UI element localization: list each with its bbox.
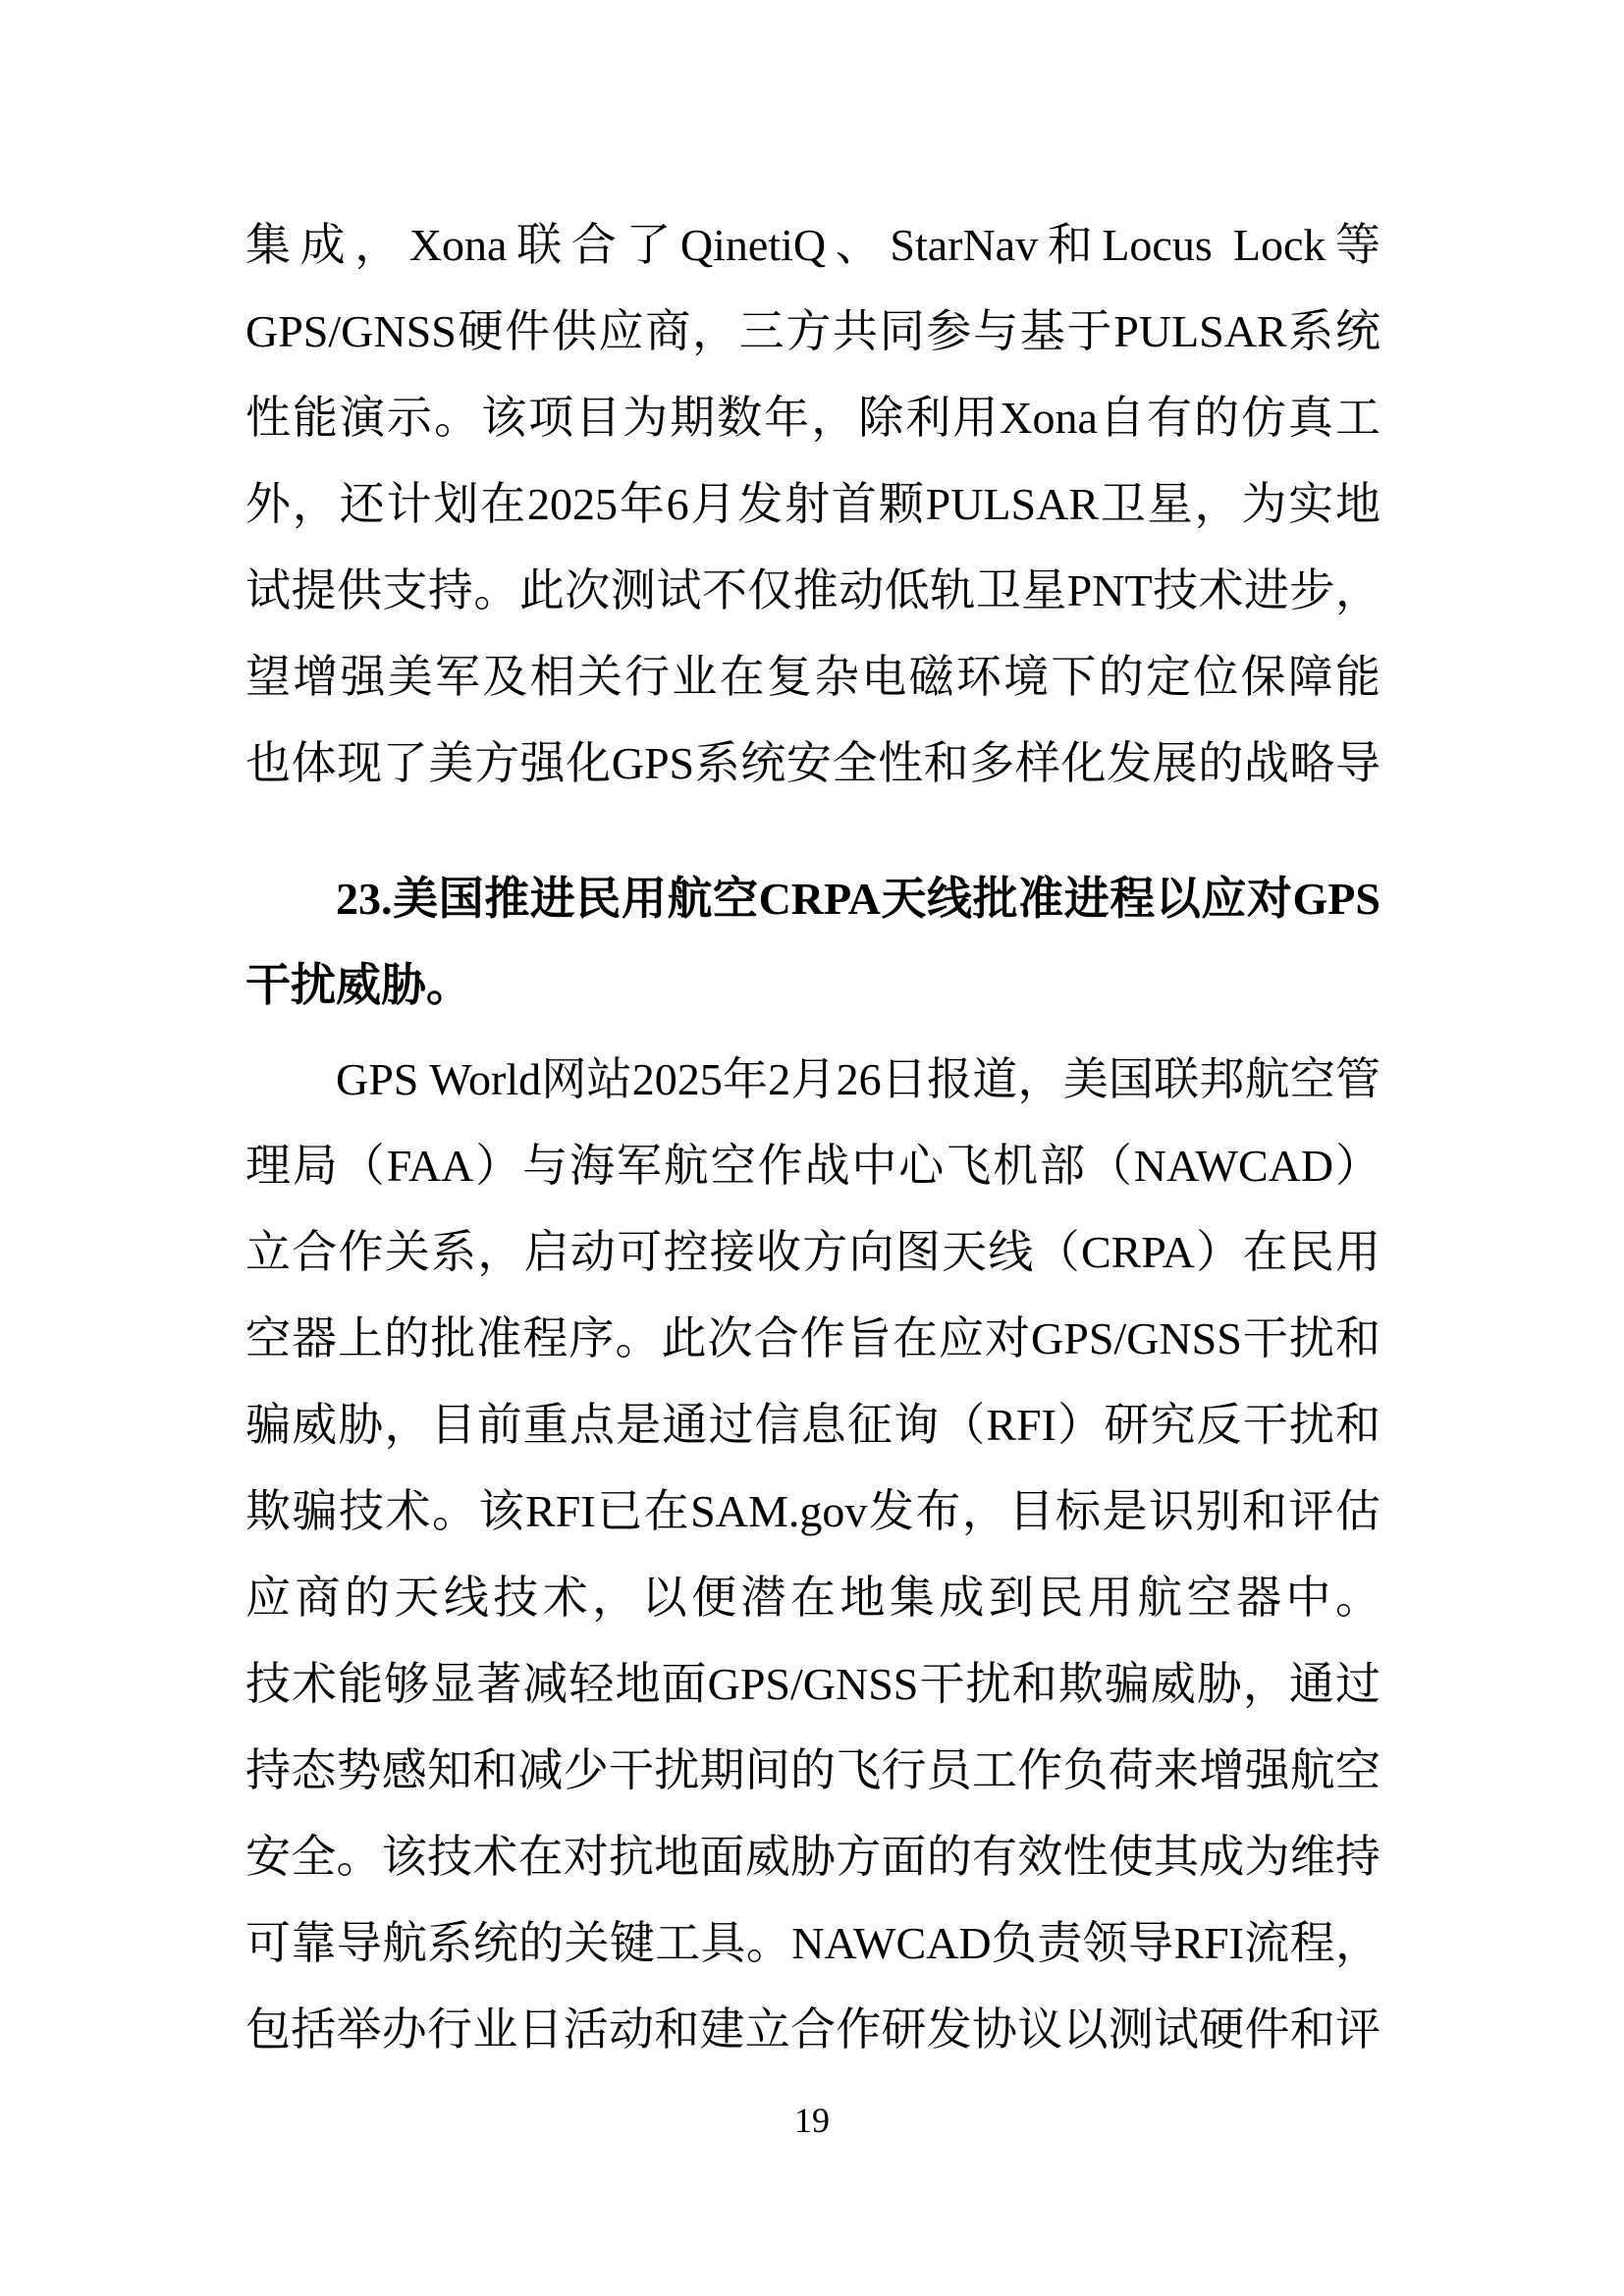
document-body: 集成，Xona联合了QinetiQ、StarNav和Locus Lock等 GP… bbox=[245, 202, 1380, 2073]
section-heading-line: 23.美国推进民用航空CRPA天线批准进程以应对GPS bbox=[245, 856, 1380, 942]
text-line: 安全。该技术在对抗地面威胁方面的有效性使其成为维持 bbox=[245, 1814, 1380, 1900]
paragraph-body: GPS World网站2025年2月26日报道，美国联邦航空管 理局（FAA）与… bbox=[245, 1037, 1380, 2073]
document-page: 集成，Xona联合了QinetiQ、StarNav和Locus Lock等 GP… bbox=[0, 0, 1624, 2296]
text-line: 包括举办行业日活动和建立合作研发协议以测试硬件和评 bbox=[245, 1987, 1380, 2073]
text-line: 技术能够显著减轻地面GPS/GNSS干扰和欺骗威胁，通过保 bbox=[245, 1641, 1380, 1728]
text-line: GPS World网站2025年2月26日报道，美国联邦航空管 bbox=[245, 1037, 1380, 1123]
text-line: 集成，Xona联合了QinetiQ、StarNav和Locus Lock等 bbox=[245, 202, 1380, 289]
text-line: 也体现了美方强化GPS系统安全性和多样化发展的战略导向。 bbox=[245, 721, 1380, 807]
text-line: 试提供支持。此次测试不仅推动低轨卫星PNT技术进步，有 bbox=[245, 548, 1380, 634]
text-line: 望增强美军及相关行业在复杂电磁环境下的定位保障能力， bbox=[245, 634, 1380, 721]
text-line: 理局（FAA）与海军航空作战中心飞机部（NAWCAD）建 bbox=[245, 1123, 1380, 1209]
page-number: 19 bbox=[0, 2099, 1624, 2142]
text-line: 骗威胁，目前重点是通过信息征询（RFI）研究反干扰和反 bbox=[245, 1382, 1380, 1468]
text-line: 持态势感知和减少干扰期间的飞行员工作负荷来增强航空 bbox=[245, 1728, 1380, 1814]
text-line: 立合作关系，启动可控接收方向图天线（CRPA）在民用航 bbox=[245, 1209, 1380, 1296]
text-line: 可靠导航系统的关键工具。NAWCAD负责领导RFI流程， bbox=[245, 1900, 1380, 1987]
text-line: 应商的天线技术，以便潜在地集成到民用航空器中。CRPA bbox=[245, 1555, 1380, 1641]
section-heading: 23.美国推进民用航空CRPA天线批准进程以应对GPS 干扰威胁。 bbox=[245, 856, 1380, 1029]
text-line: 性能演示。该项目为期数年，除利用Xona自有的仿真工具 bbox=[245, 375, 1380, 461]
text-line: 欺骗技术。该RFI已在SAM.gov发布，目标是识别和评估供 bbox=[245, 1468, 1380, 1555]
text-line: 空器上的批准程序。此次合作旨在应对GPS/GNSS干扰和欺 bbox=[245, 1296, 1380, 1382]
text-line: GPS/GNSS硬件供应商，三方共同参与基于PULSAR系统的 bbox=[245, 289, 1380, 375]
section-heading-line: 干扰威胁。 bbox=[245, 942, 1380, 1029]
paragraph-continued: 集成，Xona联合了QinetiQ、StarNav和Locus Lock等 GP… bbox=[245, 202, 1380, 807]
text-line: 外，还计划在2025年6月发射首颗PULSAR卫星，为实地测 bbox=[245, 461, 1380, 548]
